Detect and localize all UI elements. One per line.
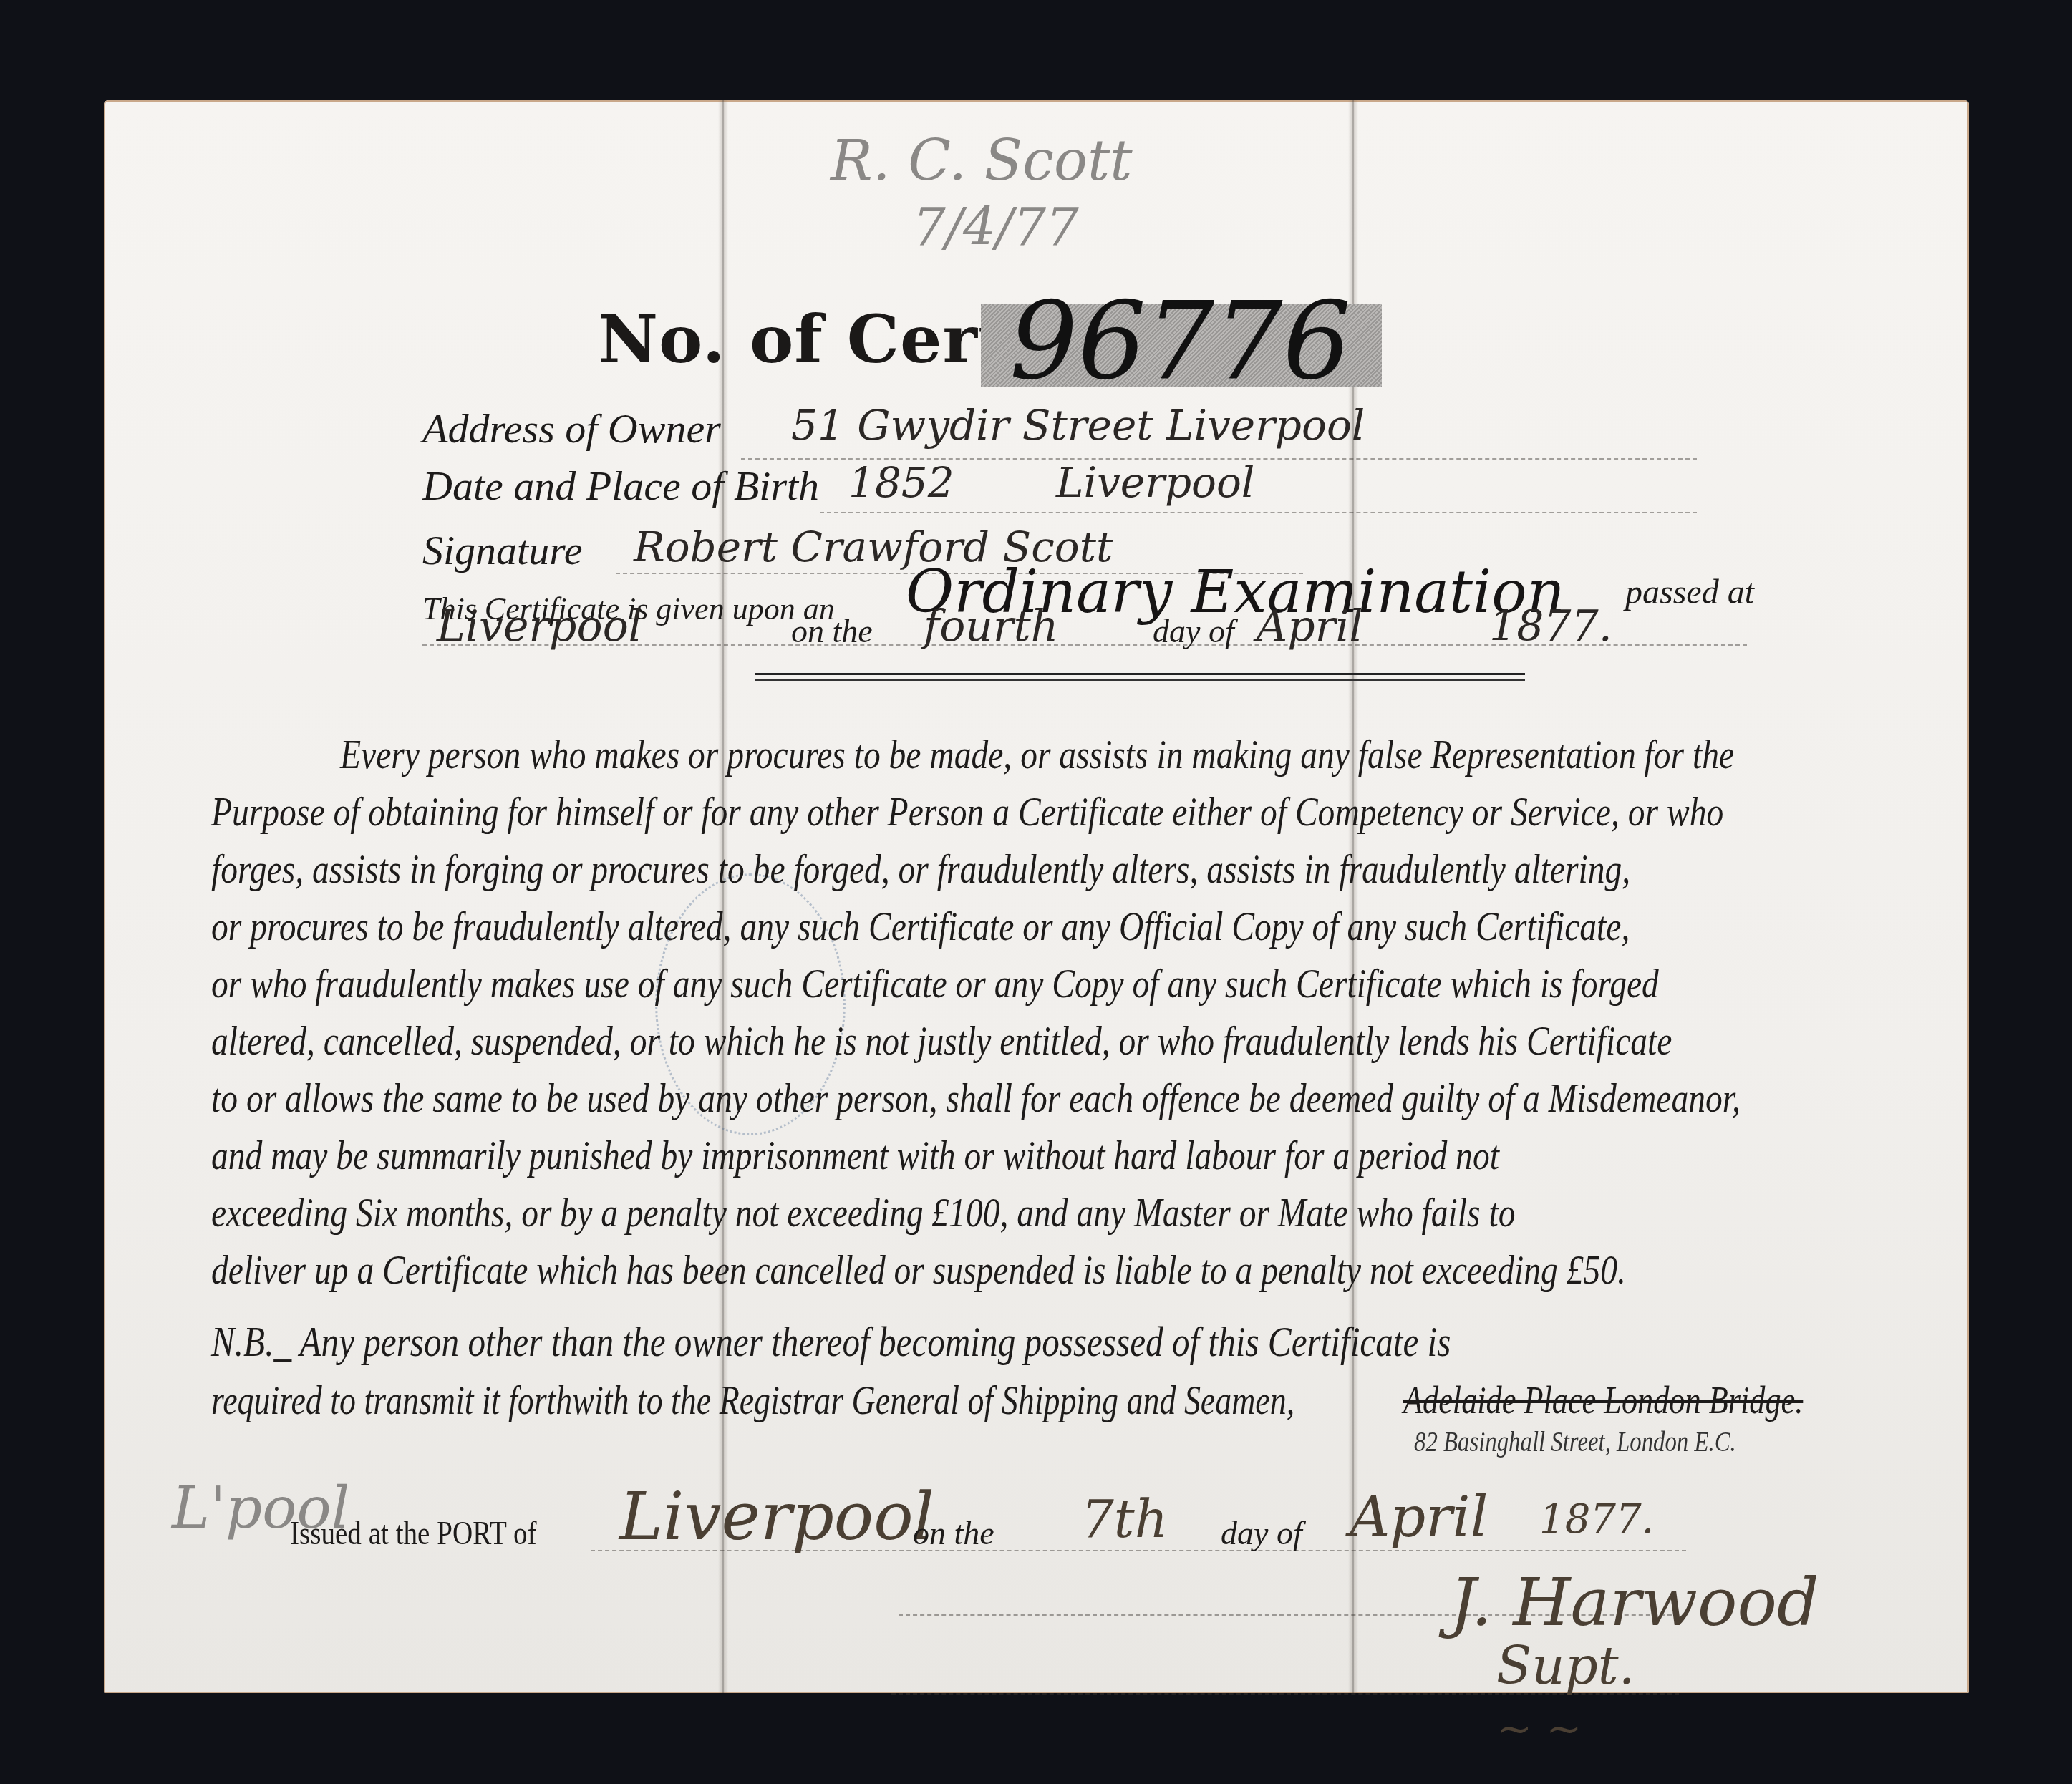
flourish: ~ ~ xyxy=(1496,1704,1582,1754)
warning-line-2: Purpose of obtaining for himself or for … xyxy=(211,787,1723,835)
warning-line-10: deliver up a Certificate which has been … xyxy=(211,1246,1626,1294)
birth-line xyxy=(820,512,1697,513)
amended-address: 82 Basinghall Street, London E.C. xyxy=(1414,1425,1736,1458)
issued-day: 7th xyxy=(1081,1489,1168,1549)
pencil-date-note: 7/4/77 xyxy=(913,197,1079,257)
exam-month: April xyxy=(1257,601,1363,651)
exam-year: 1877. xyxy=(1489,601,1612,651)
struck-address: Adelaide Place London Bridge. xyxy=(1403,1378,1803,1422)
warning-line-4: or procures to be fraudulently altered, … xyxy=(211,902,1630,950)
warning-line-3: forges, assists in forging or procures t… xyxy=(211,845,1630,893)
address-value: 51 Gwydir Street Liverpool xyxy=(791,401,1365,450)
signature-label: Signature xyxy=(422,526,582,574)
section-divider xyxy=(755,673,1525,681)
official-title: Supt. xyxy=(1496,1636,1635,1696)
warning-line-9: exceeding Six months, or by a penalty no… xyxy=(211,1188,1515,1236)
exam-on-the: on the xyxy=(791,612,873,650)
issued-port: Liverpool xyxy=(619,1478,934,1555)
exam-place: Liverpool xyxy=(437,601,642,651)
warning-line-5: or who fraudulently makes use of any suc… xyxy=(211,959,1659,1007)
nb-line-1: N.B._ Any person other than the owner th… xyxy=(211,1317,1451,1367)
issued-month: April xyxy=(1350,1485,1488,1550)
warning-line-8: and may be summarily punished by impriso… xyxy=(211,1131,1499,1179)
certificate-paper: R. C. Scott 7/4/77 No. of Certificate 96… xyxy=(104,100,1969,1693)
warning-line-1: Every person who makes or procures to be… xyxy=(340,730,1734,778)
margin-note: L'pool xyxy=(172,1475,349,1541)
birth-place: Liverpool xyxy=(1056,458,1254,507)
birth-year: 1852 xyxy=(848,458,954,507)
pencil-name-note: R. C. Scott xyxy=(831,129,1133,193)
warning-line-7: to or allows the same to be used by any … xyxy=(211,1074,1741,1122)
address-label: Address of Owner xyxy=(422,404,721,452)
passed-at-label: passed at xyxy=(1625,573,1754,612)
issued-on-the: on the xyxy=(913,1514,994,1552)
issued-day-of: day of xyxy=(1221,1514,1302,1552)
exam-day-of: day of xyxy=(1153,612,1234,650)
issued-year: 1877. xyxy=(1539,1496,1654,1543)
warning-line-6: altered, cancelled, suspended, or to whi… xyxy=(211,1017,1672,1065)
nb-line-2: required to transmit it forthwith to the… xyxy=(211,1378,1294,1424)
exam-day: fourth xyxy=(924,601,1058,651)
certificate-number: 96776 xyxy=(1010,279,1351,404)
official-signature: J. Harwood xyxy=(1450,1564,1819,1641)
birth-label: Date and Place of Birth xyxy=(422,462,819,510)
